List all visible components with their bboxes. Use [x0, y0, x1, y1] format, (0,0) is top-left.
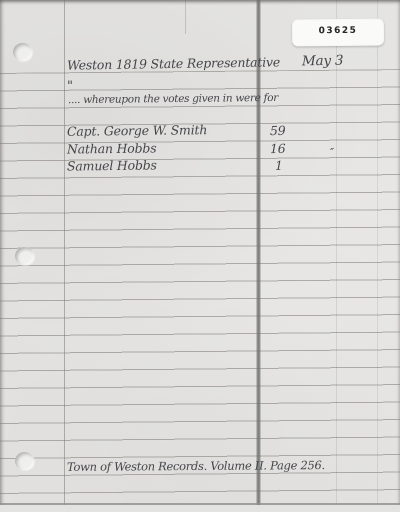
paper-crease-line-1	[336, 0, 337, 512]
catalog-number: 03625	[319, 26, 358, 39]
top-crease-line	[185, 0, 186, 34]
vote-count-2: 16	[270, 143, 286, 156]
vote-count-1: 59	[270, 125, 286, 138]
record-title: Weston 1819 State Representative	[67, 56, 280, 72]
votes-intro-line: .... whereupon the votes given in were f…	[68, 93, 278, 106]
margin-rule-line	[64, 0, 65, 512]
candidate-name-2: Nathan Hobbs	[67, 142, 157, 156]
punch-hole-middle	[15, 247, 34, 265]
center-fold-line	[256, 0, 261, 512]
scan-bottom-strip	[0, 505, 400, 512]
paper-crease-line-2	[377, 0, 378, 512]
opening-quote-mark: "	[67, 80, 73, 93]
record-date: May 3	[302, 55, 344, 69]
candidate-name-3: Samuel Hobbs	[67, 159, 157, 173]
source-citation: Town of Weston Records. Volume II. Page …	[67, 460, 325, 473]
candidate-name-1: Capt. George W. Smith	[67, 124, 207, 138]
document-scan: 03625 Weston 1819 State Representative M…	[0, 0, 400, 512]
ditto-mark: ″	[330, 147, 334, 158]
punch-hole-top	[13, 43, 32, 61]
punch-hole-bottom	[15, 452, 34, 470]
vote-count-3: 1	[275, 160, 283, 173]
catalog-label: 03625	[292, 19, 384, 47]
